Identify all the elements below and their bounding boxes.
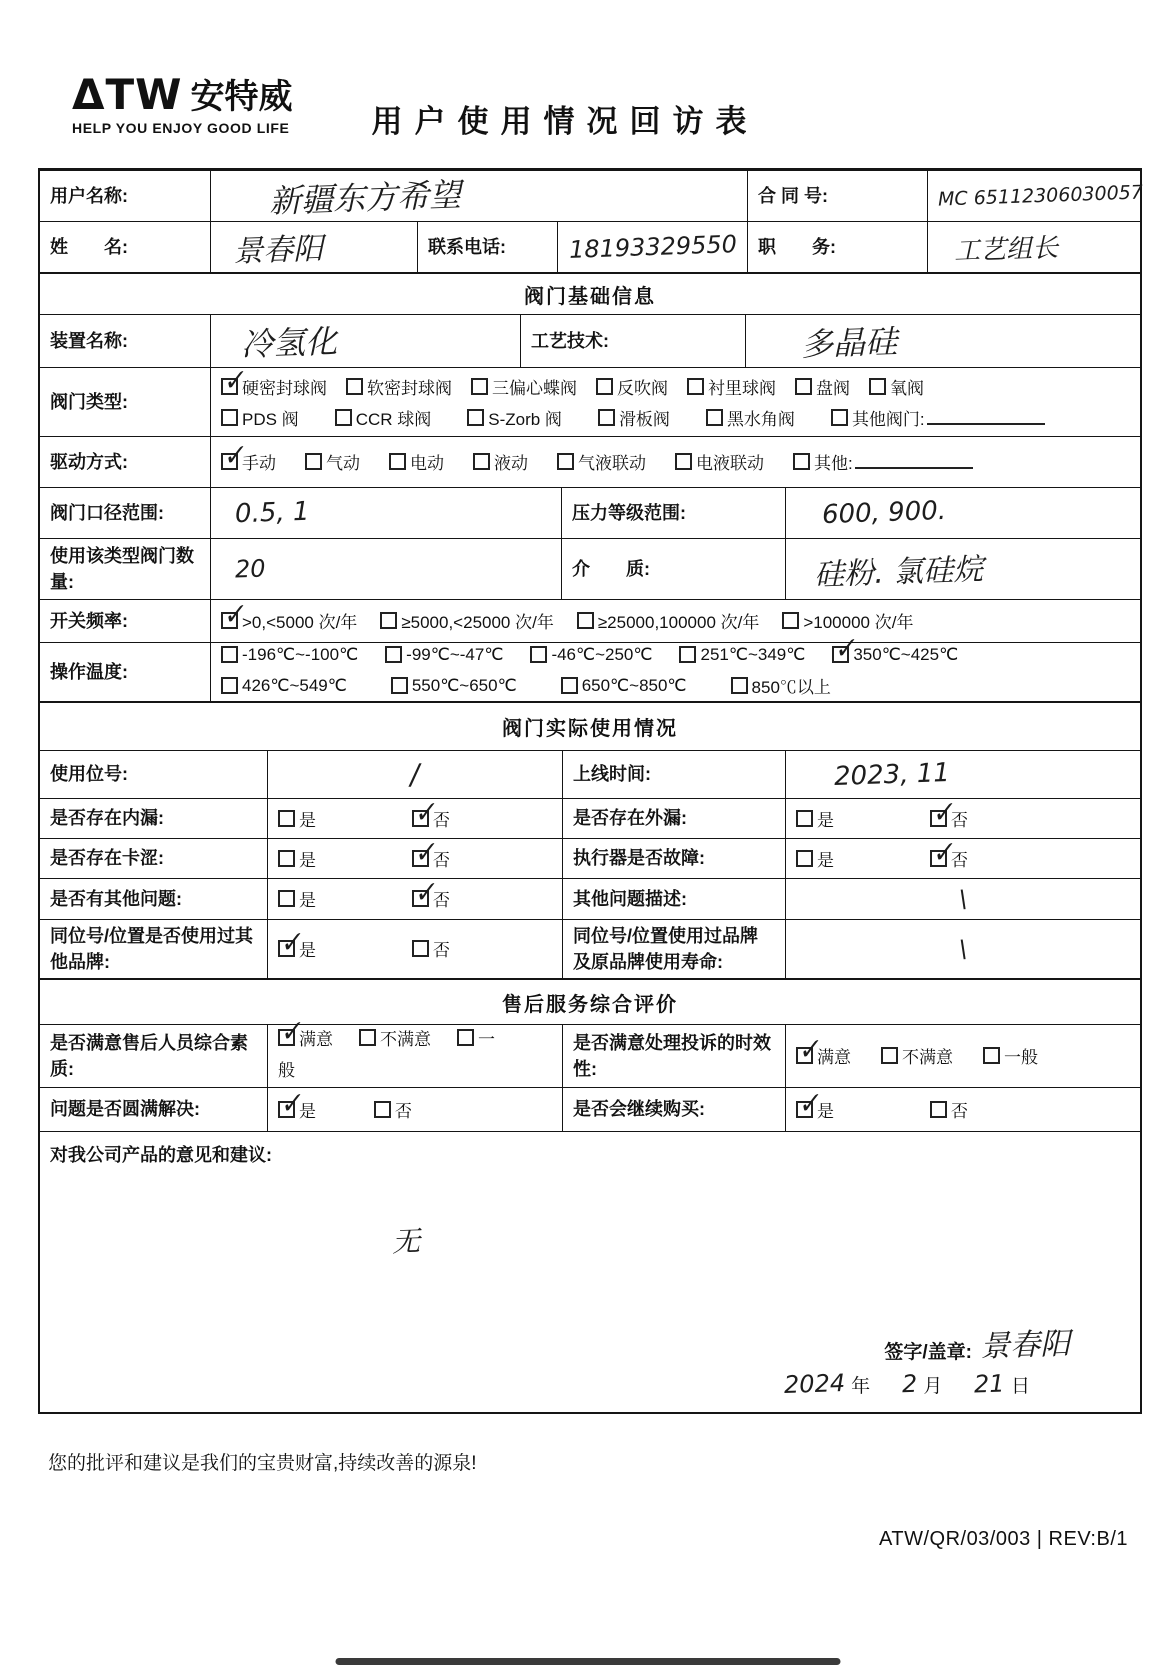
table-row: 装置名称: 冷氢化 工艺技术: 多晶硅	[40, 314, 1140, 367]
checkbox-label: 气动	[326, 449, 360, 474]
checkbox-icon[interactable]	[687, 378, 704, 395]
actuator-label-cell: 执行器是否故障:	[562, 839, 785, 878]
table-row: 使用位号: / 上线时间: 2023, 11	[40, 750, 1140, 798]
checkbox-icon[interactable]	[530, 646, 547, 663]
frequency-label: 开关频率:	[50, 608, 128, 634]
checkbox-option[interactable]: 滑板阀	[598, 405, 670, 430]
contract-label: 合 同 号:	[758, 183, 828, 209]
online-label: 上线时间:	[573, 761, 651, 787]
handwritten-other-desc: \	[958, 885, 967, 913]
checkbox-label: 黑水角阀	[727, 405, 795, 430]
checkbox-icon[interactable]	[561, 677, 578, 694]
handwritten-phone: 18193329550	[568, 230, 737, 264]
checkbox-option[interactable]: PDS 阀	[221, 405, 299, 430]
drive-label: 驱动方式:	[50, 449, 128, 475]
other-desc-label-cell: 其他问题描述:	[562, 879, 785, 919]
pressure-value-cell: 600, 900.	[785, 488, 1140, 538]
checkbox-label: 满意	[817, 1043, 851, 1068]
checkbox-icon[interactable]	[598, 409, 615, 426]
user-name-label-cell: 用户名称:	[40, 171, 210, 221]
checkbox-label: 否	[951, 1097, 968, 1122]
checkbox-label: PDS 阀	[242, 405, 299, 430]
leak-out-options: 是✓否	[796, 806, 968, 832]
temperature-label: 操作温度:	[50, 659, 128, 685]
table-row: 使用该类型阀门数量: 20 介 质: 硅粉. 氯硅烷	[40, 538, 1140, 599]
checkbox-icon[interactable]	[335, 409, 352, 426]
checkbox-icon[interactable]	[706, 409, 723, 426]
stuck-options: 是✓否	[278, 846, 450, 872]
checkbox-label: 衬里球阀	[708, 374, 776, 399]
name-label: 姓 名:	[50, 234, 128, 260]
signature-line: 签字/盖章: 景春阳	[784, 1320, 1070, 1364]
tech-label: 工艺技术:	[531, 328, 609, 354]
repurchase-label: 是否会继续购买:	[573, 1096, 705, 1122]
drive-options-cell: ✓手动气动电动液动气液联动电液联动其他:	[210, 437, 1140, 487]
checkbox-option[interactable]: 软密封球阀	[346, 374, 452, 399]
temperature-options-cell: -196℃~-100℃-99℃~-47℃-46℃~250℃251℃~349℃✓3…	[210, 643, 1140, 701]
checkbox-label: 一般	[1004, 1043, 1038, 1068]
checked-checkbox-icon[interactable]: ✓	[796, 1047, 813, 1064]
checkbox-label: ≥25000,100000 次/年	[598, 608, 760, 633]
checkbox-option[interactable]: 盘阀	[795, 374, 850, 399]
checkbox-label: 426℃~549℃	[242, 676, 347, 696]
timeliness-label: 是否满意处理投诉的时效性:	[573, 1030, 775, 1082]
checkbox-label: 其他阀门:	[852, 405, 925, 430]
other-desc-value-cell: \	[785, 879, 1140, 919]
checkbox-label: 盘阀	[816, 374, 850, 399]
user-name-value-cell: 新疆东方希望	[210, 171, 747, 221]
checkbox-option[interactable]: 电动	[389, 449, 444, 474]
checkbox-icon[interactable]	[471, 378, 488, 395]
tag-label-cell: 使用位号:	[40, 751, 267, 798]
checkbox-label: 不满意	[380, 1030, 431, 1049]
checkbox-option[interactable]: 650℃~850℃	[561, 676, 687, 696]
pressure-label: 压力等级范围:	[572, 500, 686, 526]
checkbox-icon[interactable]	[278, 810, 295, 827]
table-row: 是否存在卡涩: 是✓否 执行器是否故障: 是✓否	[40, 838, 1140, 878]
brand-label-cell: 同位号/位置是否使用过其他品牌:	[40, 920, 267, 978]
section-title: 售后服务综合评价	[502, 988, 678, 1017]
section-header-after-sales: 售后服务综合评价	[40, 978, 1140, 1024]
checkbox-option[interactable]: 不满意	[359, 1030, 431, 1049]
staff-label-cell: 是否满意售后人员综合素质:	[40, 1025, 267, 1087]
section-title: 阀门实际使用情况	[502, 712, 678, 741]
checkbox-label: 否	[951, 806, 968, 831]
checkbox-option[interactable]: ✓否	[412, 846, 450, 871]
handwritten-user-name: 新疆东方希望	[268, 170, 462, 223]
checkbox-icon[interactable]	[793, 453, 810, 470]
checkbox-option[interactable]: 426℃~549℃	[221, 676, 347, 696]
checkbox-option[interactable]: -196℃~-100℃	[221, 645, 358, 665]
checkbox-label: 是	[299, 806, 316, 831]
checkbox-label: 是	[817, 1097, 834, 1122]
other-label-cell: 是否有其他问题:	[40, 879, 267, 919]
leak-in-options-cell: 是✓否	[267, 799, 562, 838]
table-row: 开关频率: ✓>0,<5000 次/年≥5000,<25000 次/年≥2500…	[40, 599, 1140, 642]
diameter-label-cell: 阀门口径范围:	[40, 488, 210, 538]
checkbox-option[interactable]: ✓是	[796, 1097, 834, 1122]
checkbox-label: 反吹阀	[617, 374, 668, 399]
checkbox-label: 否	[433, 806, 450, 831]
handwritten-tech: 多晶硅	[800, 316, 898, 365]
day-label: 日	[1011, 1371, 1030, 1398]
fill-in-blank-line[interactable]	[927, 410, 1045, 425]
checkbox-option[interactable]: 衬里球阀	[687, 374, 776, 399]
brand-life-value-cell: \	[785, 920, 1140, 978]
checkbox-label: 软密封球阀	[367, 374, 452, 399]
checkbox-option[interactable]: 是	[278, 886, 316, 911]
checkbox-icon[interactable]	[391, 677, 408, 694]
checkbox-icon[interactable]	[278, 850, 295, 867]
checkbox-option[interactable]: ✓否	[412, 886, 450, 911]
checkbox-label: >0,<5000 次/年	[242, 608, 357, 633]
timeliness-options: ✓满意不满意一般	[796, 1043, 1068, 1069]
section-header-actual-usage: 阀门实际使用情况	[40, 701, 1140, 750]
handwritten-diameter: 0.5, 1	[234, 497, 309, 530]
temperature-options-line1: -196℃~-100℃-99℃~-47℃-46℃~250℃251℃~349℃✓3…	[221, 645, 985, 669]
checkbox-icon[interactable]	[221, 409, 238, 426]
handwritten-month: 2	[902, 1370, 918, 1399]
user-name-label: 用户名称:	[50, 183, 128, 209]
handwritten-day: 21	[974, 1369, 1006, 1398]
section-header-basic-info: 阀门基础信息	[40, 272, 1140, 314]
checked-checkbox-icon[interactable]: ✓	[221, 612, 238, 629]
checkbox-option[interactable]: 是	[278, 806, 316, 831]
checkbox-icon[interactable]	[577, 612, 594, 629]
device-value-cell: 冷氢化	[210, 315, 520, 367]
tech-value-cell: 多晶硅	[745, 315, 1140, 367]
checkbox-icon[interactable]	[796, 810, 813, 827]
resolved-label-cell: 问题是否圆满解决:	[40, 1088, 267, 1131]
table-row: 问题是否圆满解决: ✓是否 是否会继续购买: ✓是否	[40, 1087, 1140, 1131]
checkbox-label: 850℃以上	[752, 673, 831, 698]
checked-checkbox-icon[interactable]: ✓	[412, 810, 429, 827]
table-row: 驱动方式: ✓手动气动电动液动气液联动电液联动其他:	[40, 436, 1140, 487]
checkbox-option[interactable]: -99℃~-47℃	[385, 645, 503, 665]
medium-label-cell: 介 质:	[561, 539, 785, 599]
brand-options: ✓是否	[278, 936, 450, 962]
checked-checkbox-icon[interactable]: ✓	[412, 850, 429, 867]
checkbox-option[interactable]: 气液联动	[557, 449, 646, 474]
repurchase-label-cell: 是否会继续购买:	[562, 1088, 785, 1131]
checkbox-label: 是	[299, 1097, 316, 1122]
checkbox-label: 气液联动	[578, 449, 646, 474]
other-options-cell: 是✓否	[267, 879, 562, 919]
checkbox-option[interactable]: 是	[796, 846, 834, 871]
handwritten-quantity: 20	[235, 554, 267, 583]
checkbox-label: 否	[433, 886, 450, 911]
checkbox-option[interactable]: 三偏心蝶阀	[471, 374, 577, 399]
checkbox-label: -196℃~-100℃	[242, 645, 358, 665]
valve-type-options-line2: PDS 阀CCR 球阀S-Zorb 阀滑板阀黑水角阀其他阀门:	[221, 405, 1081, 431]
checkbox-option[interactable]: ✓否	[930, 846, 968, 871]
valve-type-label: 阀门类型:	[50, 389, 128, 415]
timeliness-label-cell: 是否满意处理投诉的时效性:	[562, 1025, 785, 1087]
handwritten-name: 景春阳	[232, 223, 323, 270]
other-problems-options: 是✓否	[278, 886, 450, 912]
checkbox-icon[interactable]	[795, 378, 812, 395]
phone-value-cell: 18193329550	[557, 222, 747, 272]
checkbox-icon[interactable]	[385, 646, 402, 663]
drive-label-cell: 驱动方式:	[40, 437, 210, 487]
handwritten-online-time: 2023, 11	[834, 757, 951, 791]
checkbox-option[interactable]: ≥25000,100000 次/年	[577, 608, 760, 633]
checkbox-icon[interactable]	[679, 646, 696, 663]
handwritten-brand-life: \	[958, 935, 967, 963]
checkbox-option[interactable]: ✓否	[412, 806, 450, 831]
brand-life-label: 同位号/位置使用过品牌及原品牌使用寿命:	[573, 923, 775, 975]
checked-checkbox-icon[interactable]: ✓	[278, 1029, 295, 1046]
staff-options-cell: ✓满意不满意一般	[267, 1025, 562, 1087]
checkbox-option[interactable]: ✓手动	[221, 449, 276, 474]
stuck-label-cell: 是否存在卡涩:	[40, 839, 267, 878]
leak-out-label-cell: 是否存在外漏:	[562, 799, 785, 838]
checkbox-option[interactable]: -46℃~250℃	[530, 645, 652, 665]
checkbox-option[interactable]: 氧阀	[869, 374, 924, 399]
checkbox-icon[interactable]	[278, 890, 295, 907]
table-row: 阀门口径范围: 0.5, 1 压力等级范围: 600, 900.	[40, 487, 1140, 538]
checkbox-icon[interactable]	[374, 1101, 391, 1118]
phone-label: 联系电话:	[428, 234, 506, 260]
checkbox-label: 否	[395, 1097, 412, 1122]
device-label: 装置名称:	[50, 328, 128, 354]
checkbox-label: 否	[433, 846, 450, 871]
checked-checkbox-icon[interactable]: ✓	[278, 1101, 295, 1118]
frequency-options-cell: ✓>0,<5000 次/年≥5000,<25000 次/年≥25000,1000…	[210, 600, 1140, 642]
checkbox-option[interactable]: ✓硬密封球阀	[221, 374, 327, 399]
checkbox-option[interactable]: ✓否	[930, 806, 968, 831]
valve-type-options-cell: ✓硬密封球阀软密封球阀三偏心蝶阀反吹阀衬里球阀盘阀氧阀 PDS 阀CCR 球阀S…	[210, 368, 1140, 436]
checkbox-option[interactable]: ≥5000,<25000 次/年	[380, 608, 554, 633]
checkbox-label: 是	[817, 806, 834, 831]
handwritten-medium: 硅粉. 氯硅烷	[813, 544, 984, 594]
footer-note: 您的批评和建议是我们的宝贵财富,持续改善的源泉!	[48, 1448, 477, 1475]
checkbox-option[interactable]: 气动	[305, 449, 360, 474]
checkbox-icon[interactable]	[596, 378, 613, 395]
checkbox-icon[interactable]	[869, 378, 886, 395]
table-row: 对我公司产品的意见和建议: 无 签字/盖章: 景春阳 2024 年 2 月 21…	[40, 1131, 1140, 1412]
checkbox-label: 氧阀	[890, 374, 924, 399]
handwritten-pressure: 600, 900.	[822, 496, 947, 530]
diameter-value-cell: 0.5, 1	[210, 488, 561, 538]
checked-checkbox-icon[interactable]: ✓	[221, 378, 238, 395]
checkbox-icon[interactable]	[457, 1029, 474, 1046]
signature-date-line: 2024 年 2 月 21 日	[784, 1370, 1070, 1398]
table-row: 是否有其他问题: 是✓否 其他问题描述: \	[40, 878, 1140, 919]
checkbox-option[interactable]: 是	[796, 806, 834, 831]
checkbox-icon[interactable]	[731, 677, 748, 694]
checkbox-option[interactable]: ✓满意	[796, 1043, 851, 1068]
table-row: 用户名称: 新疆东方希望 合 同 号: MC 65112306030057	[40, 171, 1140, 221]
checkbox-option[interactable]: 850℃以上	[731, 673, 831, 698]
tag-label: 使用位号:	[50, 761, 128, 787]
form-table: 用户名称: 新疆东方希望 合 同 号: MC 65112306030057 姓 …	[38, 168, 1142, 1414]
checkbox-label: 550℃~650℃	[412, 676, 517, 696]
checkbox-label: 350℃~425℃	[853, 645, 958, 665]
checkbox-label: S-Zorb 阀	[488, 405, 562, 430]
checkbox-option[interactable]: ✓满意	[278, 1030, 333, 1049]
checkbox-icon[interactable]	[380, 612, 397, 629]
checkbox-icon[interactable]	[221, 646, 238, 663]
checkbox-label: >100000 次/年	[803, 608, 913, 633]
table-row: 是否存在内漏: 是✓否 是否存在外漏: 是✓否	[40, 798, 1140, 838]
checkbox-label: 否	[951, 846, 968, 871]
checkbox-icon[interactable]	[930, 1101, 947, 1118]
year-label: 年	[851, 1371, 870, 1398]
online-label-cell: 上线时间:	[562, 751, 785, 798]
checkbox-label: ≥5000,<25000 次/年	[401, 608, 554, 633]
name-value-cell: 景春阳	[210, 222, 417, 272]
frequency-label-cell: 开关频率:	[40, 600, 210, 642]
tag-value-cell: /	[267, 751, 562, 798]
checkbox-icon[interactable]	[796, 850, 813, 867]
valve-type-label-cell: 阀门类型:	[40, 368, 210, 436]
checkbox-option[interactable]: 其他:	[793, 449, 973, 474]
checkbox-option[interactable]: 不满意	[881, 1043, 953, 1068]
checkbox-option[interactable]: 251℃~349℃	[679, 645, 805, 665]
table-row: 姓 名: 景春阳 联系电话: 18193329550 职 务: 工艺组长	[40, 221, 1140, 272]
checkbox-icon[interactable]	[389, 453, 406, 470]
table-row: 阀门类型: ✓硬密封球阀软密封球阀三偏心蝶阀反吹阀衬里球阀盘阀氧阀 PDS 阀C…	[40, 367, 1140, 436]
leak-out-options-cell: 是✓否	[785, 799, 1140, 838]
checkbox-icon[interactable]	[881, 1047, 898, 1064]
checkbox-option[interactable]: ✓是	[278, 1097, 316, 1122]
checkbox-icon[interactable]	[473, 453, 490, 470]
contract-value-cell: MC 65112306030057	[927, 171, 1140, 221]
signature-block: 签字/盖章: 景春阳 2024 年 2 月 21 日	[784, 1320, 1070, 1398]
temperature-label-cell: 操作温度:	[40, 643, 210, 701]
checkbox-icon[interactable]	[346, 378, 363, 395]
table-row: 是否满意售后人员综合素质: ✓满意不满意一般 是否满意处理投诉的时效性: ✓满意…	[40, 1024, 1140, 1087]
checkbox-option[interactable]: >100000 次/年	[782, 608, 913, 633]
month-label: 月	[923, 1371, 942, 1398]
resolved-options-cell: ✓是否	[267, 1088, 562, 1131]
resolved-options: ✓是否	[278, 1097, 412, 1123]
checkbox-label: 三偏心蝶阀	[492, 374, 577, 399]
scanned-form-page: ΔTW 安特威 HELP YOU ENJOY GOOD LIFE 用户使用情况回…	[0, 0, 1176, 1668]
checkbox-icon[interactable]	[359, 1029, 376, 1046]
checkbox-label: 251℃~349℃	[700, 645, 805, 665]
handwritten-tag: /	[410, 758, 421, 791]
timeliness-options-cell: ✓满意不满意一般	[785, 1025, 1140, 1087]
checkbox-icon[interactable]	[467, 409, 484, 426]
checkbox-icon[interactable]	[983, 1047, 1000, 1064]
checkbox-label: 电动	[410, 449, 444, 474]
contract-label-cell: 合 同 号:	[747, 171, 927, 221]
checkbox-icon[interactable]	[557, 453, 574, 470]
handwritten-device: 冷氢化	[240, 316, 338, 365]
temperature-options-line2: 426℃~549℃550℃~650℃650℃~850℃850℃以上	[221, 673, 875, 699]
duty-label: 职 务:	[758, 234, 836, 260]
checkbox-label: -46℃~250℃	[551, 645, 652, 665]
handwritten-duty: 工艺组长	[953, 227, 1058, 268]
diameter-label: 阀门口径范围:	[50, 500, 164, 526]
checkbox-icon[interactable]	[305, 453, 322, 470]
medium-value-cell: 硅粉. 氯硅烷	[785, 539, 1140, 599]
checkbox-label: 液动	[494, 449, 528, 474]
checkbox-icon[interactable]	[412, 940, 429, 957]
checkbox-option[interactable]: ✓>0,<5000 次/年	[221, 608, 357, 633]
checkbox-label: 否	[433, 936, 450, 961]
tech-label-cell: 工艺技术:	[520, 315, 745, 367]
checkbox-option[interactable]: 否	[412, 936, 450, 961]
checked-checkbox-icon[interactable]: ✓	[796, 1101, 813, 1118]
checkbox-option[interactable]: 液动	[473, 449, 528, 474]
checkbox-label: 是	[817, 846, 834, 871]
checkbox-icon[interactable]	[782, 612, 799, 629]
leak-in-options: 是✓否	[278, 806, 450, 832]
brand-life-label-cell: 同位号/位置使用过品牌及原品牌使用寿命:	[562, 920, 785, 978]
checkbox-option[interactable]: ✓是	[278, 936, 316, 961]
handwritten-year: 2024	[784, 1369, 846, 1399]
section-title: 阀门基础信息	[524, 280, 656, 309]
checkbox-option[interactable]: 否	[930, 1097, 968, 1122]
checkbox-option[interactable]: 550℃~650℃	[391, 676, 517, 696]
checkbox-option[interactable]: S-Zorb 阀	[467, 405, 562, 430]
checked-checkbox-icon[interactable]: ✓	[930, 810, 947, 827]
comments-label: 对我公司产品的意见和建议:	[50, 1142, 272, 1168]
leak-out-label: 是否存在外漏:	[573, 805, 687, 831]
checkbox-option[interactable]: 其他阀门:	[831, 405, 1045, 430]
checkbox-label: CCR 球阀	[356, 405, 432, 430]
table-row: 同位号/位置是否使用过其他品牌: ✓是否 同位号/位置使用过品牌及原品牌使用寿命…	[40, 919, 1140, 978]
checked-checkbox-icon[interactable]: ✓	[930, 850, 947, 867]
checked-checkbox-icon[interactable]: ✓	[278, 940, 295, 957]
checkbox-label: 滑板阀	[619, 405, 670, 430]
comments-cell: 对我公司产品的意见和建议: 无 签字/盖章: 景春阳 2024 年 2 月 21…	[40, 1132, 1140, 1412]
actuator-options: 是✓否	[796, 846, 968, 872]
handwritten-contract-no: MC 65112306030057	[938, 181, 1144, 210]
checkbox-icon[interactable]	[831, 409, 848, 426]
actuator-options-cell: 是✓否	[785, 839, 1140, 878]
checkbox-option[interactable]: 是	[278, 846, 316, 871]
checkbox-icon[interactable]	[675, 453, 692, 470]
checkbox-label: 650℃~850℃	[582, 676, 687, 696]
checkbox-option[interactable]: 电液联动	[675, 449, 764, 474]
checked-checkbox-icon[interactable]: ✓	[221, 453, 238, 470]
quantity-label: 使用该类型阀门数量:	[50, 543, 200, 595]
checkbox-option[interactable]: ✓350℃~425℃	[832, 645, 958, 665]
repurchase-options-cell: ✓是否	[785, 1088, 1140, 1131]
staff-satisfaction-label: 是否满意售后人员综合素质:	[50, 1030, 257, 1082]
stuck-label: 是否存在卡涩:	[50, 845, 164, 871]
leak-in-label: 是否存在内漏:	[50, 805, 164, 831]
checked-checkbox-icon[interactable]: ✓	[412, 890, 429, 907]
checkbox-label: 电液联动	[696, 449, 764, 474]
checkbox-option[interactable]: 一般	[983, 1043, 1038, 1068]
drive-options: ✓手动气动电动液动气液联动电液联动其他:	[221, 449, 1002, 475]
leak-in-label-cell: 是否存在内漏:	[40, 799, 267, 838]
checkbox-option[interactable]: 反吹阀	[596, 374, 668, 399]
brand-options-cell: ✓是否	[267, 920, 562, 978]
repurchase-options: ✓是否	[796, 1097, 968, 1123]
checkbox-label: 是	[299, 886, 316, 911]
brand-label: 同位号/位置是否使用过其他品牌:	[50, 923, 257, 975]
phone-label-cell: 联系电话:	[417, 222, 557, 272]
checkbox-option[interactable]: CCR 球阀	[335, 405, 432, 430]
home-indicator-bar	[336, 1658, 841, 1665]
checked-checkbox-icon[interactable]: ✓	[832, 646, 849, 663]
checkbox-label: 是	[299, 846, 316, 871]
device-label-cell: 装置名称:	[40, 315, 210, 367]
valve-type-options-line1: ✓硬密封球阀软密封球阀三偏心蝶阀反吹阀衬里球阀盘阀氧阀	[221, 374, 943, 400]
checkbox-option[interactable]: 黑水角阀	[706, 405, 795, 430]
medium-label: 介 质:	[572, 556, 650, 582]
checkbox-option[interactable]: 否	[374, 1097, 412, 1122]
other-problems-label: 是否有其他问题:	[50, 886, 182, 912]
checkbox-icon[interactable]	[221, 677, 238, 694]
fill-in-blank-line[interactable]	[855, 454, 973, 469]
